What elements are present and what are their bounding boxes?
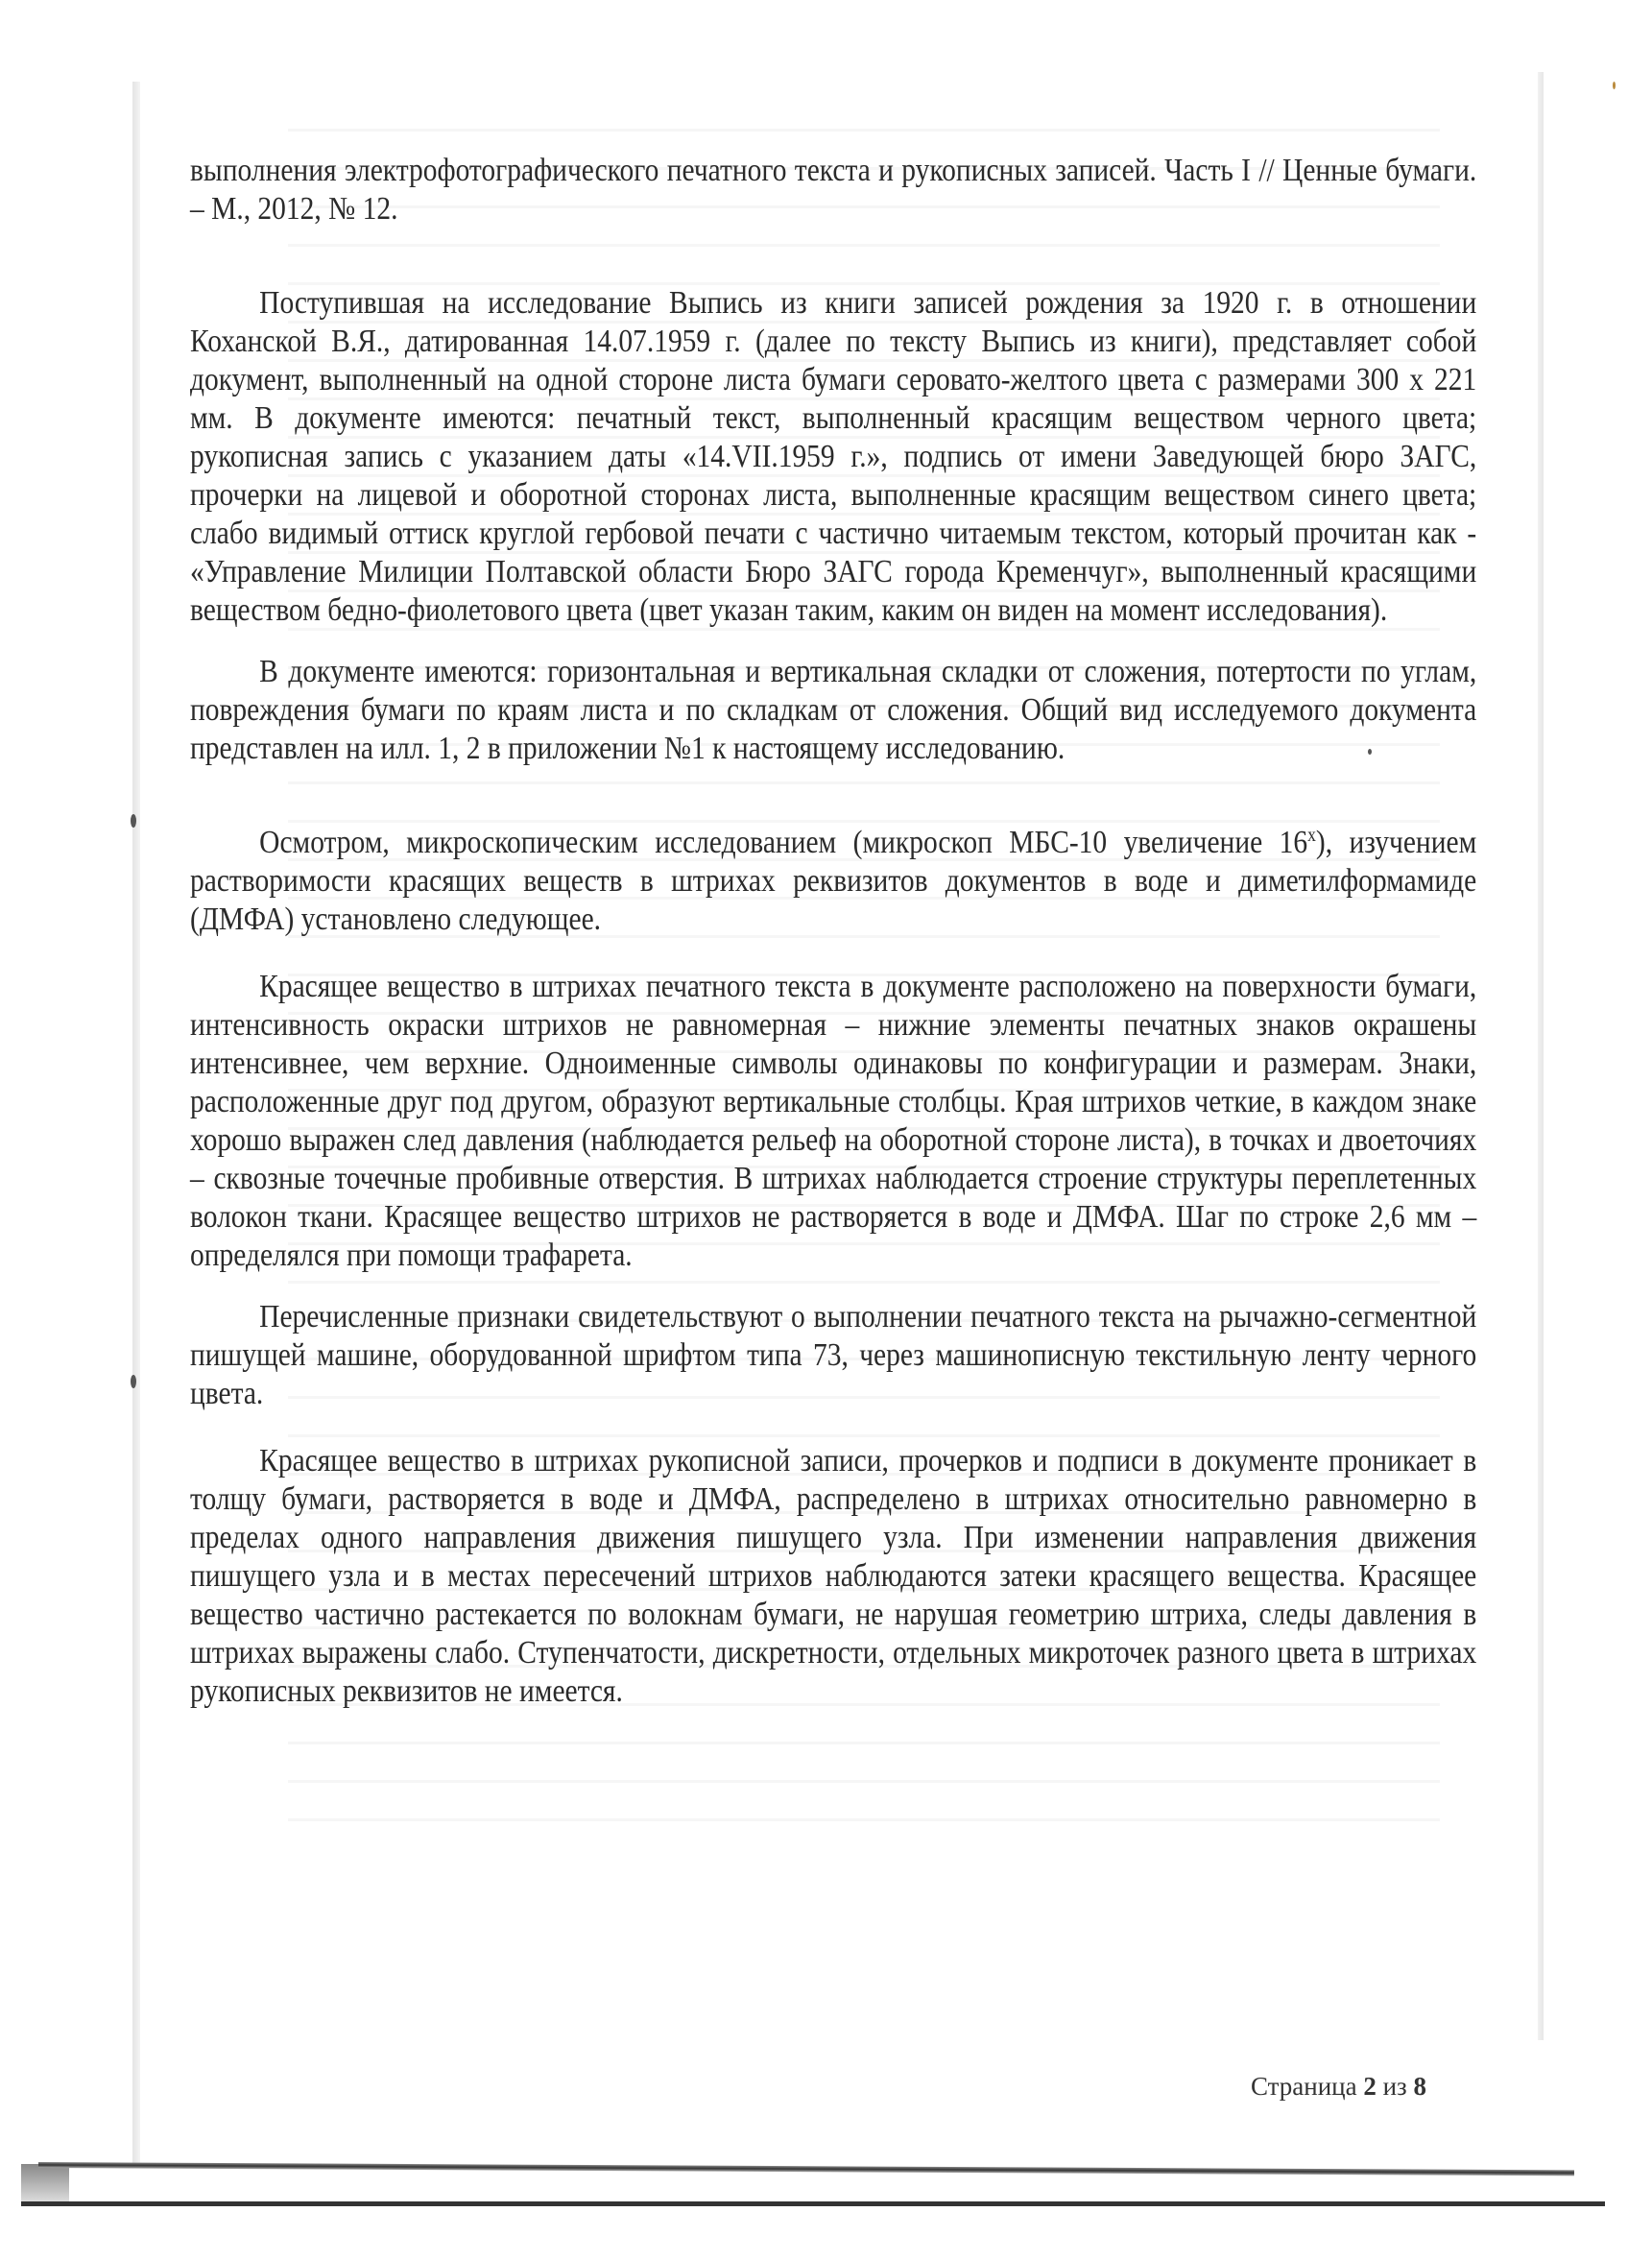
paragraph-handwriting-findings: Красящее вещество в штрихах рукописной з… bbox=[190, 1442, 1476, 1711]
scan-speck bbox=[1613, 82, 1616, 89]
page-edge-line-top bbox=[38, 2162, 1574, 2176]
paragraph-examination-methods: Осмотром, микроскопическим исследованием… bbox=[190, 824, 1476, 939]
scan-speck bbox=[1368, 749, 1372, 755]
paragraph-reference-continuation: выполнения электрофотографического печат… bbox=[190, 152, 1476, 228]
scan-shadow bbox=[21, 2164, 69, 2202]
magnification-superscript: х bbox=[1307, 825, 1316, 846]
paragraph-document-description: Поступившая на исследование Выпись из кн… bbox=[190, 284, 1476, 630]
page-label: Страница bbox=[1251, 2072, 1357, 2101]
scan-speck bbox=[131, 814, 136, 828]
paragraph-document-damage: В документе имеются: горизонтальная и ве… bbox=[190, 653, 1476, 768]
paragraph-typewriter-conclusion: Перечисленные признаки свидетельствуют о… bbox=[190, 1298, 1476, 1413]
page-current: 2 bbox=[1363, 2072, 1377, 2101]
scan-edge-left bbox=[132, 82, 140, 2165]
page-edge-line-bottom bbox=[21, 2201, 1605, 2206]
methods-text-before: Осмотром, микроскопическим исследованием… bbox=[259, 825, 1307, 860]
document-page: выполнения электрофотографического печат… bbox=[190, 152, 1476, 1711]
paragraph-printed-text-findings: Красящее вещество в штрихах печатного те… bbox=[190, 968, 1476, 1275]
page-number-footer: Страница 2 из 8 bbox=[1251, 2072, 1426, 2102]
page-total: 8 bbox=[1413, 2072, 1426, 2101]
scan-edge-right bbox=[1538, 72, 1544, 2040]
scan-speck bbox=[131, 1375, 136, 1388]
page-of-label: из bbox=[1383, 2072, 1407, 2101]
